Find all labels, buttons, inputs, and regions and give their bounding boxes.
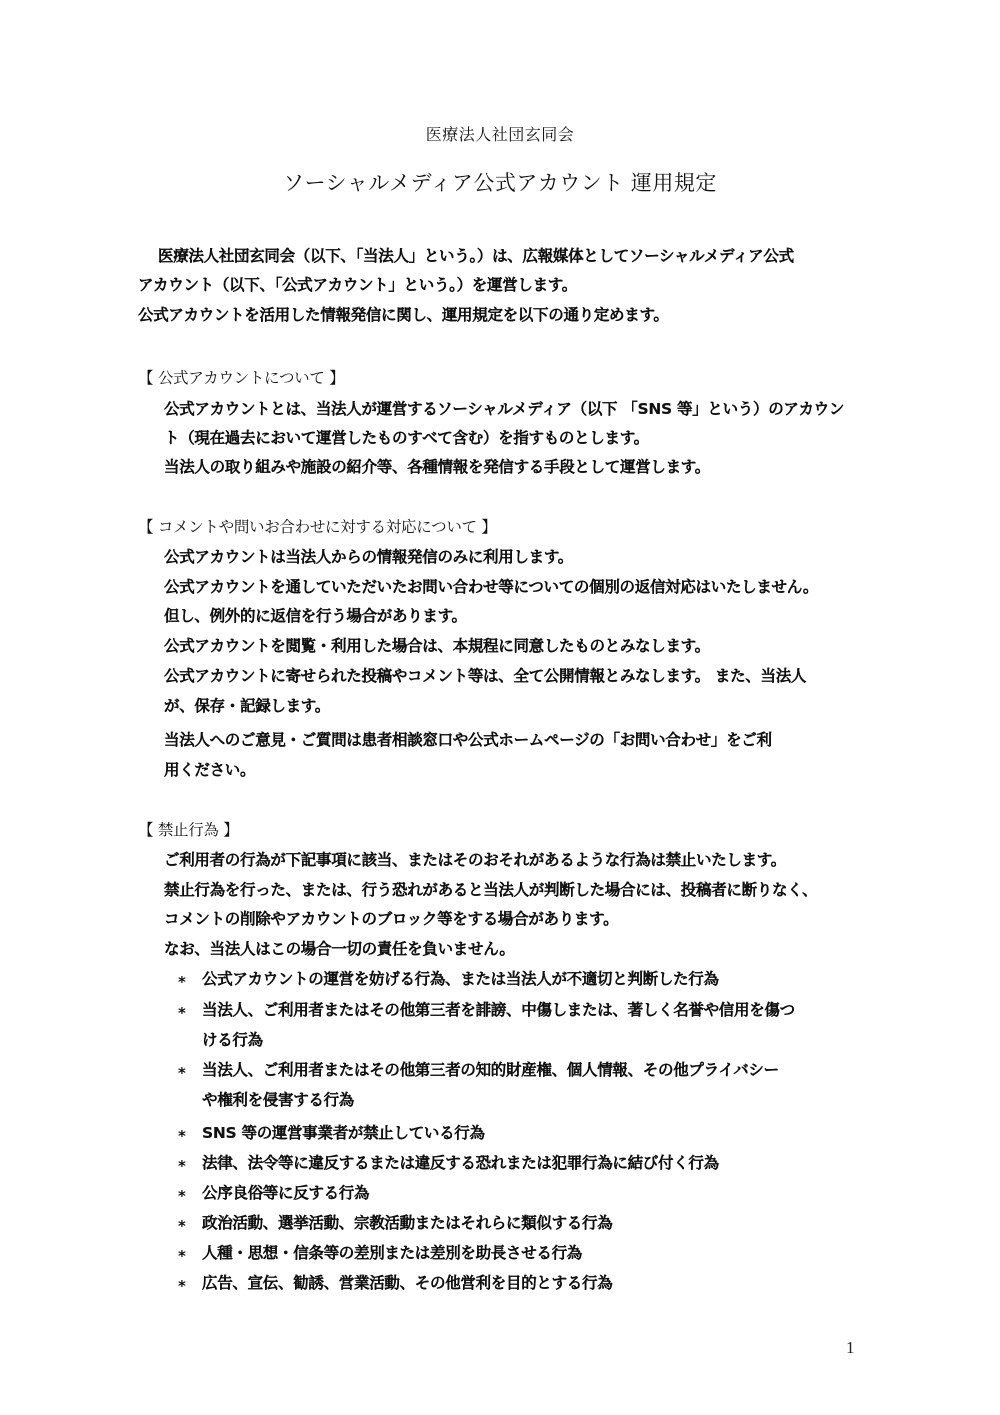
list-item-text: や権利を侵害する行為 [202, 1090, 354, 1110]
organization-name: 医療法人社団玄同会 [0, 124, 1000, 146]
asterisk-bullet-icon: * [178, 1063, 186, 1083]
list-item-text: 公序良俗等に反する行為 [202, 1183, 369, 1203]
list-item-text: 当法人、ご利用者またはその他第三者の知的財産権、個人情報、その他プライバシー [202, 1060, 779, 1080]
section-line: ト（現在過去において運営したものすべて含む）を指すものとします。 [164, 428, 649, 448]
section-line: 公式アカウントを通していただいたお問い合わせ等についての個別の返信対応はいたしま… [164, 577, 818, 597]
section-line: 公式アカウントは当法人からの情報発信のみに利用します。 [164, 547, 573, 567]
intro-line: 公式アカウントを活用した情報発信に関し、運用規定を以下の通り定めます。 [138, 305, 669, 325]
list-item-text: 法律、法令等に違反するまたは違反する恐れまたは犯罪行為に結び付く行為 [202, 1153, 719, 1173]
section-heading: 【 コメントや問いお合わせに対する対応について 】 [138, 517, 497, 537]
list-item-text: SNS 等の運営事業者が禁止している行為 [202, 1123, 485, 1143]
intro-line: アカウント（以下、「公式アカウント」という。）を運営します。 [138, 275, 577, 295]
section-line: 公式アカウントを閲覧・利用した場合は、本規程に同意したものとみなします。 [164, 636, 710, 656]
list-item-text: 政治活動、選挙活動、宗教活動またはそれらに類似する行為 [202, 1213, 612, 1233]
list-item-text: 広告、宣伝、勧誘、営業活動、その他営利を目的とする行為 [202, 1273, 612, 1293]
asterisk-bullet-icon: * [178, 972, 186, 992]
section-line: 当法人へのご意見・ご質問は患者相談窓口や公式ホームページの「お問い合わせ」をご利 [164, 730, 772, 750]
document-title: ソーシャルメディア公式アカウント 運用規定 [0, 169, 1000, 197]
list-item-text: 人種・思想・信条等の差別または差別を助長させる行為 [202, 1243, 582, 1263]
asterisk-bullet-icon: * [178, 1156, 186, 1176]
section-heading: 【 禁止行為 】 [138, 820, 238, 840]
list-item-text: 当法人、ご利用者またはその他第三者を誹謗、中傷しまたは、著しく名誉や信用を傷つ [202, 1000, 795, 1020]
section-line: コメントの削除やアカウントのブロック等をする場合があります。 [164, 909, 618, 929]
section-line: なお、当法人はこの場合一切の責任を負いません。 [164, 939, 515, 959]
section-line: 但し、例外的に返信を行う場合があります。 [164, 606, 467, 626]
asterisk-bullet-icon: * [178, 1216, 186, 1236]
section-line: 公式アカウントに寄せられた投稿やコメント等は、全て公開情報とみなします。 また、… [164, 666, 806, 686]
section-heading: 【 公式アカウントについて 】 [138, 368, 344, 388]
list-item-text: ける行為 [202, 1030, 263, 1050]
asterisk-bullet-icon: * [178, 1246, 186, 1266]
section-line: 用ください。 [164, 760, 255, 780]
asterisk-bullet-icon: * [178, 1276, 186, 1296]
section-line: ご利用者の行為が下記事項に該当、またはそのおそれがあるような行為は禁止いたします… [164, 850, 786, 870]
list-item-text: 公式アカウントの運営を妨げる行為、または当法人が不適切と判断した行為 [202, 969, 719, 989]
intro-line: 医療法人社団玄同会（以下、「当法人」という。）は、広報媒体としてソーシャルメディ… [158, 246, 794, 266]
section-line: 公式アカウントとは、当法人が運営するソーシャルメディア（以下 「SNS 等」とい… [164, 399, 844, 419]
section-line: 禁止行為を行った、または、行う恐れがあると当法人が判断した場合には、投稿者に断り… [164, 880, 817, 900]
section-line: 当法人の取り組みや施設の紹介等、各種情報を発信する手段として運営します。 [164, 457, 710, 477]
page-number: 1 [846, 1337, 855, 1359]
asterisk-bullet-icon: * [178, 1126, 186, 1146]
asterisk-bullet-icon: * [178, 1003, 186, 1023]
asterisk-bullet-icon: * [178, 1186, 186, 1206]
section-line: が、保存・記録します。 [164, 696, 330, 716]
